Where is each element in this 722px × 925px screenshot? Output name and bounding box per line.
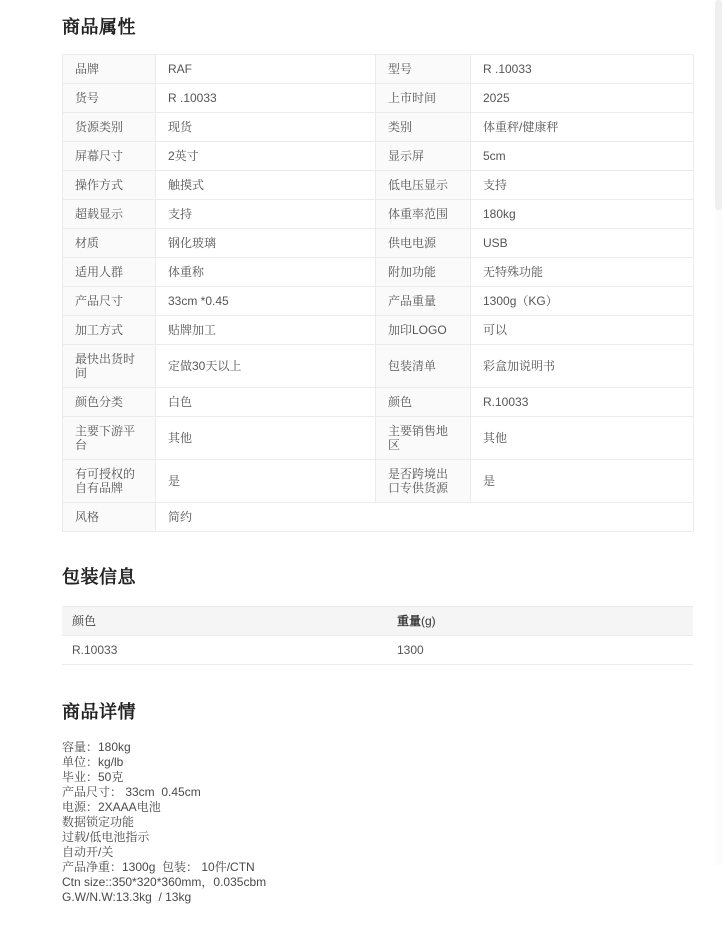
table-row: 最快出货时间 定做30天以上 包装清单 彩盒加说明书 [63, 345, 694, 388]
detail-line: G.W/N.W:13.3kg / 13kg [62, 890, 693, 905]
packaging-weight-value: 1300 [387, 636, 693, 665]
detail-line: 毕业：50克 [62, 770, 693, 785]
attr-label: 低电压显示 [376, 171, 471, 200]
attr-label: 有可授权的自有品牌 [63, 460, 156, 503]
attr-value: 支持 [156, 200, 376, 229]
attributes-section-title: 商品属性 [62, 13, 693, 39]
attr-label: 主要下游平台 [63, 417, 156, 460]
attr-label: 附加功能 [376, 258, 471, 287]
attr-value: 2025 [471, 84, 694, 113]
attr-label: 超载显示 [63, 200, 156, 229]
attr-label: 供电电源 [376, 229, 471, 258]
product-detail-page: 商品属性 品牌 RAF 型号 R .10033 货号 R .10033 上市时间… [0, 0, 722, 925]
attr-value: 支持 [471, 171, 694, 200]
packaging-color-value: R.10033 [62, 636, 387, 665]
attr-label: 加工方式 [63, 316, 156, 345]
packaging-table: 颜色 重量(g) R.10033 1300 [62, 606, 693, 665]
packaging-color-header: 颜色 [62, 607, 387, 636]
attr-value: RAF [156, 55, 376, 84]
attr-value: 1300g（KG） [471, 287, 694, 316]
attr-value: 无特殊功能 [471, 258, 694, 287]
attr-label: 类别 [376, 113, 471, 142]
table-row: 风格 简约 [63, 503, 694, 532]
table-row: 材质 钢化玻璃 供电电源 USB [63, 229, 694, 258]
attr-label: 产品尺寸 [63, 287, 156, 316]
attr-value: R .10033 [156, 84, 376, 113]
detail-line: 数据锁定功能 [62, 815, 693, 830]
packaging-section-title: 包装信息 [62, 563, 693, 589]
table-row: 加工方式 贴牌加工 加印LOGO 可以 [63, 316, 694, 345]
detail-line: 自动开/关 [62, 845, 693, 860]
table-row: 货源类别 现货 类别 体重秤/健康秤 [63, 113, 694, 142]
table-row: 操作方式 触摸式 低电压显示 支持 [63, 171, 694, 200]
attr-label: 型号 [376, 55, 471, 84]
attr-value: 其他 [156, 417, 376, 460]
attr-value: 33cm *0.45 [156, 287, 376, 316]
attr-label: 是否跨境出口专供货源 [376, 460, 471, 503]
table-row: 货号 R .10033 上市时间 2025 [63, 84, 694, 113]
attr-label: 包装清单 [376, 345, 471, 388]
attr-value: R.10033 [471, 388, 694, 417]
attr-label: 操作方式 [63, 171, 156, 200]
attr-value: R .10033 [471, 55, 694, 84]
details-section-title: 商品详情 [62, 698, 693, 724]
attr-label: 材质 [63, 229, 156, 258]
packaging-weight-label: 重量 [397, 614, 421, 628]
attr-label: 产品重量 [376, 287, 471, 316]
table-row: 超载显示 支持 体重率范围 180kg [63, 200, 694, 229]
packaging-header-row: 颜色 重量(g) [62, 607, 693, 636]
table-row: 有可授权的自有品牌 是 是否跨境出口专供货源 是 [63, 460, 694, 503]
attr-label: 颜色 [376, 388, 471, 417]
attr-value: 钢化玻璃 [156, 229, 376, 258]
packaging-weight-header: 重量(g) [387, 607, 693, 636]
detail-line: 单位：kg/lb [62, 755, 693, 770]
attr-value: USB [471, 229, 694, 258]
attr-label: 屏幕尺寸 [63, 142, 156, 171]
attr-label: 颜色分类 [63, 388, 156, 417]
detail-line: 容量：180kg [62, 740, 693, 755]
attr-value: 2英寸 [156, 142, 376, 171]
attr-label: 体重率范围 [376, 200, 471, 229]
attr-value: 是 [471, 460, 694, 503]
attr-label: 主要销售地区 [376, 417, 471, 460]
attr-label: 品牌 [63, 55, 156, 84]
attr-label: 货源类别 [63, 113, 156, 142]
detail-line: 过载/低电池指示 [62, 830, 693, 845]
attr-label: 最快出货时间 [63, 345, 156, 388]
attr-value: 是 [156, 460, 376, 503]
attr-label: 上市时间 [376, 84, 471, 113]
detail-line: 产品尺寸： 33cm 0.45cm [62, 785, 693, 800]
scrollbar-thumb[interactable] [715, 0, 722, 210]
detail-line: Ctn size::350*320*360mm，0.035cbm [62, 875, 693, 890]
attr-value: 彩盒加说明书 [471, 345, 694, 388]
attr-value: 白色 [156, 388, 376, 417]
attr-value: 体重称 [156, 258, 376, 287]
table-row: 屏幕尺寸 2英寸 显示屏 5cm [63, 142, 694, 171]
scrollbar-track[interactable] [715, 0, 722, 865]
packaging-data-row: R.10033 1300 [62, 636, 693, 665]
attr-value: 5cm [471, 142, 694, 171]
table-row: 品牌 RAF 型号 R .10033 [63, 55, 694, 84]
attr-value: 定做30天以上 [156, 345, 376, 388]
attr-value: 体重秤/健康秤 [471, 113, 694, 142]
attr-value: 现货 [156, 113, 376, 142]
attr-value: 触摸式 [156, 171, 376, 200]
detail-line: 产品净重：1300g 包装： 10件/CTN [62, 860, 693, 875]
attr-value: 可以 [471, 316, 694, 345]
table-row: 适用人群 体重称 附加功能 无特殊功能 [63, 258, 694, 287]
attr-value: 180kg [471, 200, 694, 229]
table-row: 颜色分类 白色 颜色 R.10033 [63, 388, 694, 417]
attr-label: 风格 [63, 503, 156, 532]
table-row: 产品尺寸 33cm *0.45 产品重量 1300g（KG） [63, 287, 694, 316]
attr-label: 货号 [63, 84, 156, 113]
attr-value: 贴牌加工 [156, 316, 376, 345]
attributes-table: 品牌 RAF 型号 R .10033 货号 R .10033 上市时间 2025… [62, 54, 694, 532]
detail-line: 电源：2XAAA电池 [62, 800, 693, 815]
attr-label: 显示屏 [376, 142, 471, 171]
attr-value: 简约 [156, 503, 694, 532]
product-details-text: 容量：180kg 单位：kg/lb 毕业：50克 产品尺寸： 33cm 0.45… [62, 740, 693, 905]
table-row: 主要下游平台 其他 主要销售地区 其他 [63, 417, 694, 460]
attr-value: 其他 [471, 417, 694, 460]
attr-label: 适用人群 [63, 258, 156, 287]
attr-label: 加印LOGO [376, 316, 471, 345]
packaging-weight-unit: (g) [421, 614, 436, 628]
